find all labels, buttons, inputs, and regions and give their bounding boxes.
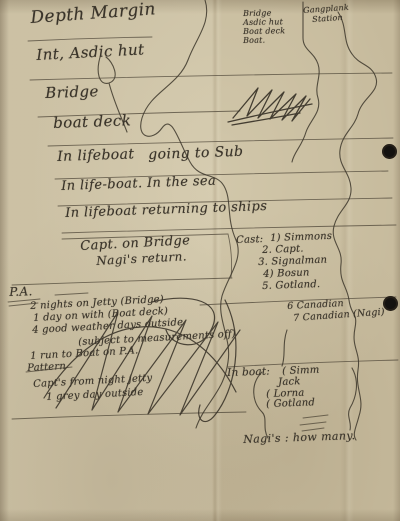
boxed-note-nagis-return: Nagi's return. (96, 250, 187, 267)
gangplank-station-label: Station (312, 14, 343, 25)
crossed-line-5: 1 run to Boat on P.A. (30, 346, 139, 362)
scene-line-returning: In lifeboat returning to ships (65, 200, 268, 221)
in-boat-name: Jack (278, 377, 301, 388)
crossed-line-6: Pattern (27, 362, 66, 375)
scene-line-in-the-sea: In life-boat. In the sea (61, 175, 216, 194)
pa-label: P.A. (9, 285, 33, 298)
scene-line-asdic-hut: Int, Asdic hut (36, 42, 145, 63)
cast-member: 5. Gotland. (262, 280, 320, 293)
scene-line-bridge: Bridge (45, 84, 99, 102)
scribble-crossout-top (228, 88, 312, 125)
punch-hole-top (382, 144, 397, 159)
page-heading: Depth Margin (30, 1, 156, 28)
scanned-note-page: Depth Margin Int, Asdic hut Bridge boat … (0, 0, 400, 521)
punch-hole-bottom (383, 296, 398, 311)
scene-line-in-lifeboat: In lifeboat (57, 147, 135, 164)
cast-member: 1) Simmons (270, 232, 332, 245)
handwritten-strokes-overlay (0, 0, 400, 521)
crossed-line-8: 1 grey day outside (46, 388, 144, 404)
in-boat-name: ( Gotland (266, 398, 315, 410)
footer-note-nagis-how-many: Nagi's : how many. (243, 430, 356, 445)
location-list-item: Boat. (243, 37, 265, 46)
cast-label: Cast: (236, 235, 263, 246)
in-boat-label: In boat: (227, 367, 270, 380)
scene-line-boat-deck: boat deck (53, 113, 131, 131)
scene-line-going-to-sub: going to Sub (148, 145, 244, 163)
cast-member: 3. Signalman (258, 256, 327, 269)
